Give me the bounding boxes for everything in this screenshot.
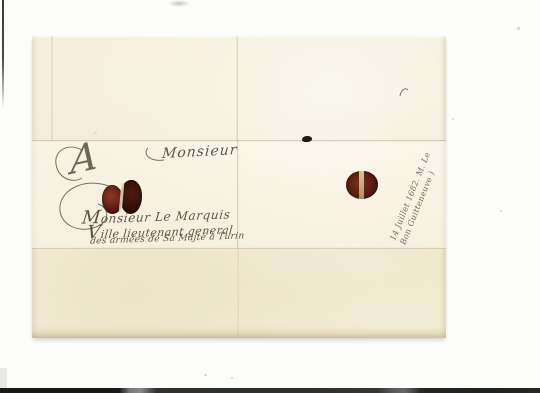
dust-speck xyxy=(204,374,207,376)
fold-crease-vertical-upper xyxy=(236,36,238,141)
scan-edge-left-lower xyxy=(0,368,7,388)
fold-crease-bottom xyxy=(32,247,446,249)
stray-ink-mark xyxy=(398,86,410,98)
faint-pencil-mark xyxy=(94,132,97,134)
salutation-initial: A xyxy=(70,133,98,183)
dust-speck xyxy=(231,377,233,379)
scan-edge-bottom xyxy=(0,388,540,393)
fold-crease-vertical-lower xyxy=(237,248,239,336)
scan-edge-left xyxy=(2,0,4,108)
fold-crease-left-margin xyxy=(51,36,53,141)
wax-seal-paper-strip xyxy=(359,171,364,199)
dust-speck xyxy=(500,210,502,212)
dust-speck xyxy=(452,118,454,120)
letter-sheet: A Monsieur Monsieur Le Marquis Ville lie… xyxy=(32,36,446,338)
letter-photograph: A Monsieur Monsieur Le Marquis Ville lie… xyxy=(0,0,540,393)
dust-speck xyxy=(517,27,520,30)
scan-smudge-top xyxy=(168,0,190,7)
wax-seal-right xyxy=(346,171,378,199)
